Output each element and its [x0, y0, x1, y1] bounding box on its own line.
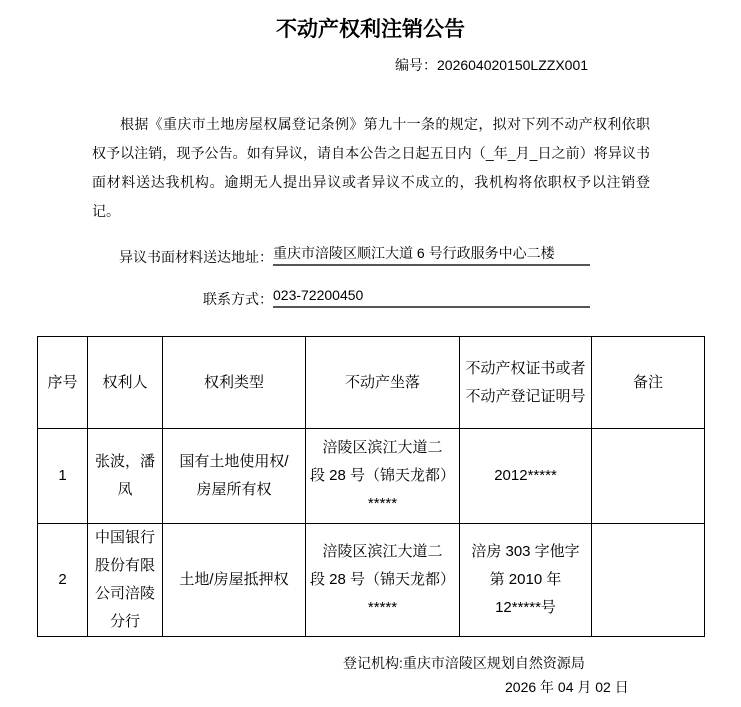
col-header-remark: 备注 [592, 337, 705, 429]
address-row: 异议书面材料送达地址： 重庆市涪陵区顺江大道 6 号行政服务中心二楼 [92, 244, 590, 266]
col-header-seq: 序号 [38, 337, 88, 429]
doc-number-label: 编号： [395, 57, 437, 73]
body-paragraph: 根据《重庆市土地房屋权属登记条例》第九十一条的规定，拟对下列不动产权利依职权予以… [92, 110, 650, 226]
announcement-document: 不动产权利注销公告 编号：202604020150LZZX001 根据《重庆市土… [0, 0, 741, 707]
cell-right-type: 国有土地使用权/ 房屋所有权 [163, 429, 306, 524]
col-header-cert-no: 不动产权证书或者 不动产登记证明号 [460, 337, 592, 429]
address-value: 重庆市涪陵区顺江大道 6 号行政服务中心二楼 [273, 244, 590, 266]
doc-number: 编号：202604020150LZZX001 [395, 57, 588, 74]
cell-cert-no: 涪房 303 字他字 第 2010 年 12*****号 [460, 524, 592, 637]
cell-holder: 张波，潘 凤 [88, 429, 163, 524]
table-header-row: 序号 权利人 权利类型 不动产坐落 不动产权证书或者 不动产登记证明号 备注 [38, 337, 705, 429]
cell-seq: 1 [38, 429, 88, 524]
announcement-date: 2026 年 04 月 02 日 [505, 679, 629, 696]
cell-holder: 中国银行 股份有限 公司涪陵 分行 [88, 524, 163, 637]
contact-label: 联系方式： [92, 290, 273, 308]
cell-right-type: 土地/房屋抵押权 [163, 524, 306, 637]
contact-row: 联系方式： 023-72200450 [92, 286, 590, 308]
page-title: 不动产权利注销公告 [0, 15, 741, 45]
cell-remark [592, 429, 705, 524]
table-row: 1 张波，潘 凤 国有土地使用权/ 房屋所有权 涪陵区滨江大道二 段 28 号（… [38, 429, 705, 524]
cell-seq: 2 [38, 524, 88, 637]
doc-number-value: 202604020150LZZX001 [437, 57, 588, 73]
cell-location: 涪陵区滨江大道二 段 28 号（锦天龙都） ***** [306, 524, 460, 637]
table-row: 2 中国银行 股份有限 公司涪陵 分行 土地/房屋抵押权 涪陵区滨江大道二 段 … [38, 524, 705, 637]
col-header-holder: 权利人 [88, 337, 163, 429]
address-label: 异议书面材料送达地址： [92, 248, 273, 266]
cell-cert-no: 2012***** [460, 429, 592, 524]
cell-location: 涪陵区滨江大道二 段 28 号（锦天龙都） ***** [306, 429, 460, 524]
col-header-location: 不动产坐落 [306, 337, 460, 429]
announcement-table: 序号 权利人 权利类型 不动产坐落 不动产权证书或者 不动产登记证明号 备注 1… [37, 336, 705, 637]
registration-agency: 登记机构:重庆市涪陵区规划自然资源局 [343, 655, 585, 672]
col-header-right-type: 权利类型 [163, 337, 306, 429]
cell-remark [592, 524, 705, 637]
contact-value: 023-72200450 [273, 286, 590, 308]
